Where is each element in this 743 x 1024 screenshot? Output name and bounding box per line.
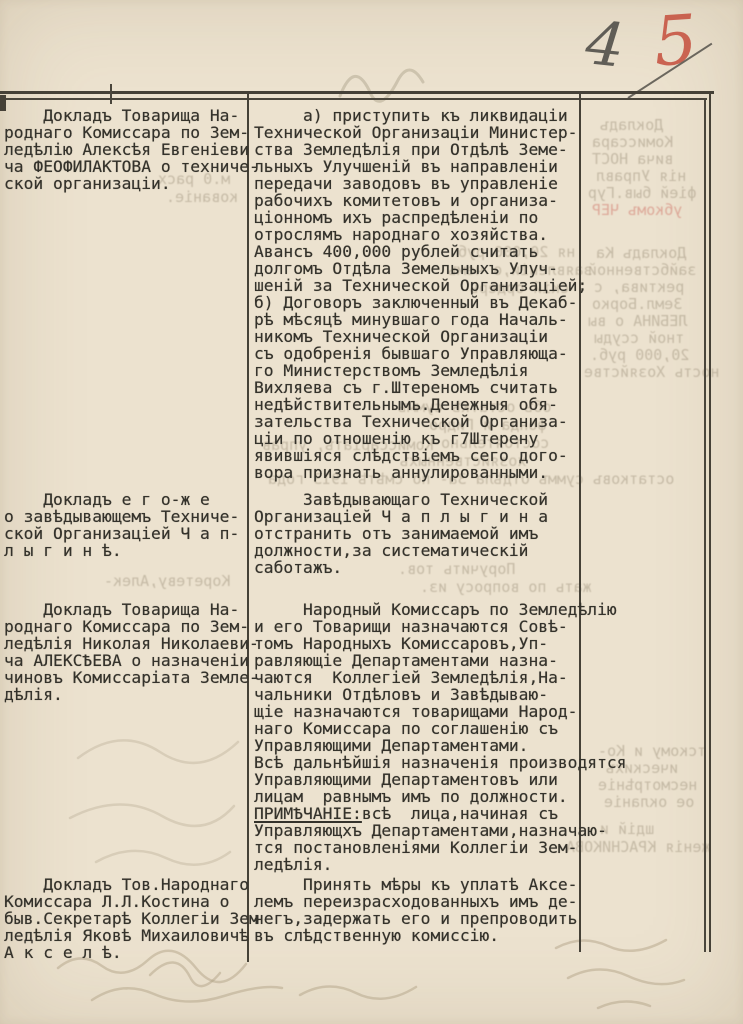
bleedthrough-text: женія КРАСНИКОВА <box>566 838 711 856</box>
table-border-right-inner <box>704 98 706 952</box>
resolution-appointments: Народный Комиссаръ по Земледѣлію и его Т… <box>254 601 584 873</box>
bleedthrough-text: убкомъ ЧЕР <box>592 201 682 219</box>
bleedthrough-text: ность Хозяйстве <box>584 363 719 381</box>
bleedthrough-text: Докладъ <box>600 116 663 134</box>
bleedthrough-text: ЛЕБИНА о вы <box>588 312 687 330</box>
table-border-top-inner <box>0 98 707 100</box>
bleedthrough-text: несмотрѣніе <box>598 776 697 794</box>
table-border-top-outer <box>0 91 714 94</box>
bleedthrough-text: Докладъ Ка <box>596 244 686 262</box>
bleedthrough-text: шдій и <box>600 820 654 838</box>
resolution-aksel: Принять мѣры къ уплатѣ Аксе- лемъ переиз… <box>254 876 584 944</box>
resolution-chaplygin: Завѣдывающаго Технической Организаціей Ч… <box>254 491 584 576</box>
resolution-feofilaktov: а) приступить къ ликвидаціи Технической … <box>254 107 584 481</box>
bleedthrough-text: 20,000 руб. <box>590 346 689 364</box>
bleedthrough-text: фіей быв.Гур <box>588 184 696 202</box>
bleedthrough-text: ое окланіе <box>604 793 694 811</box>
bleedthrough-text: Комиссара <box>592 133 673 151</box>
bleedthrough-text: вича НОСТ <box>592 150 673 168</box>
document-page: ДокладъКомиссаравича НОСТнія Управлфіей … <box>0 0 743 1024</box>
bleedthrough-text: зайбственной <box>588 261 696 279</box>
bleedthrough-text: нія Управл <box>596 167 686 185</box>
bleedthrough-text: тной ссуды <box>594 329 684 347</box>
top-border-tick <box>110 84 112 104</box>
column-divider-left <box>247 93 249 962</box>
agenda-item-feofilaktov: Докладъ Товарища На- роднаго Комиссара п… <box>4 107 246 192</box>
bleedthrough-text: жать по вопросу из. <box>420 578 592 596</box>
bleedthrough-text: Земл.Борко <box>592 295 682 313</box>
agenda-item-chaplygin: Докладъ е г о-ж е о завѣдывающемъ Технич… <box>4 491 246 559</box>
agenda-item-aksel: Докладъ Тов.Народнаго Комиссара Л.Л.Кост… <box>4 876 246 961</box>
bleedthrough-text: ректива, с <box>594 278 684 296</box>
resolution-appointments-body: Народный Комиссаръ по Земледѣлію и его Т… <box>254 600 626 806</box>
agenda-item-alekseev: Докладъ Товарища На- роднаго Комиссара п… <box>4 601 246 703</box>
page-number-pencil: 4 <box>582 8 627 82</box>
table-border-right-outer <box>709 91 711 952</box>
page-number-red: 5 <box>651 1 700 83</box>
bleedthrough-text: Коретеву,Алек- <box>104 572 230 590</box>
